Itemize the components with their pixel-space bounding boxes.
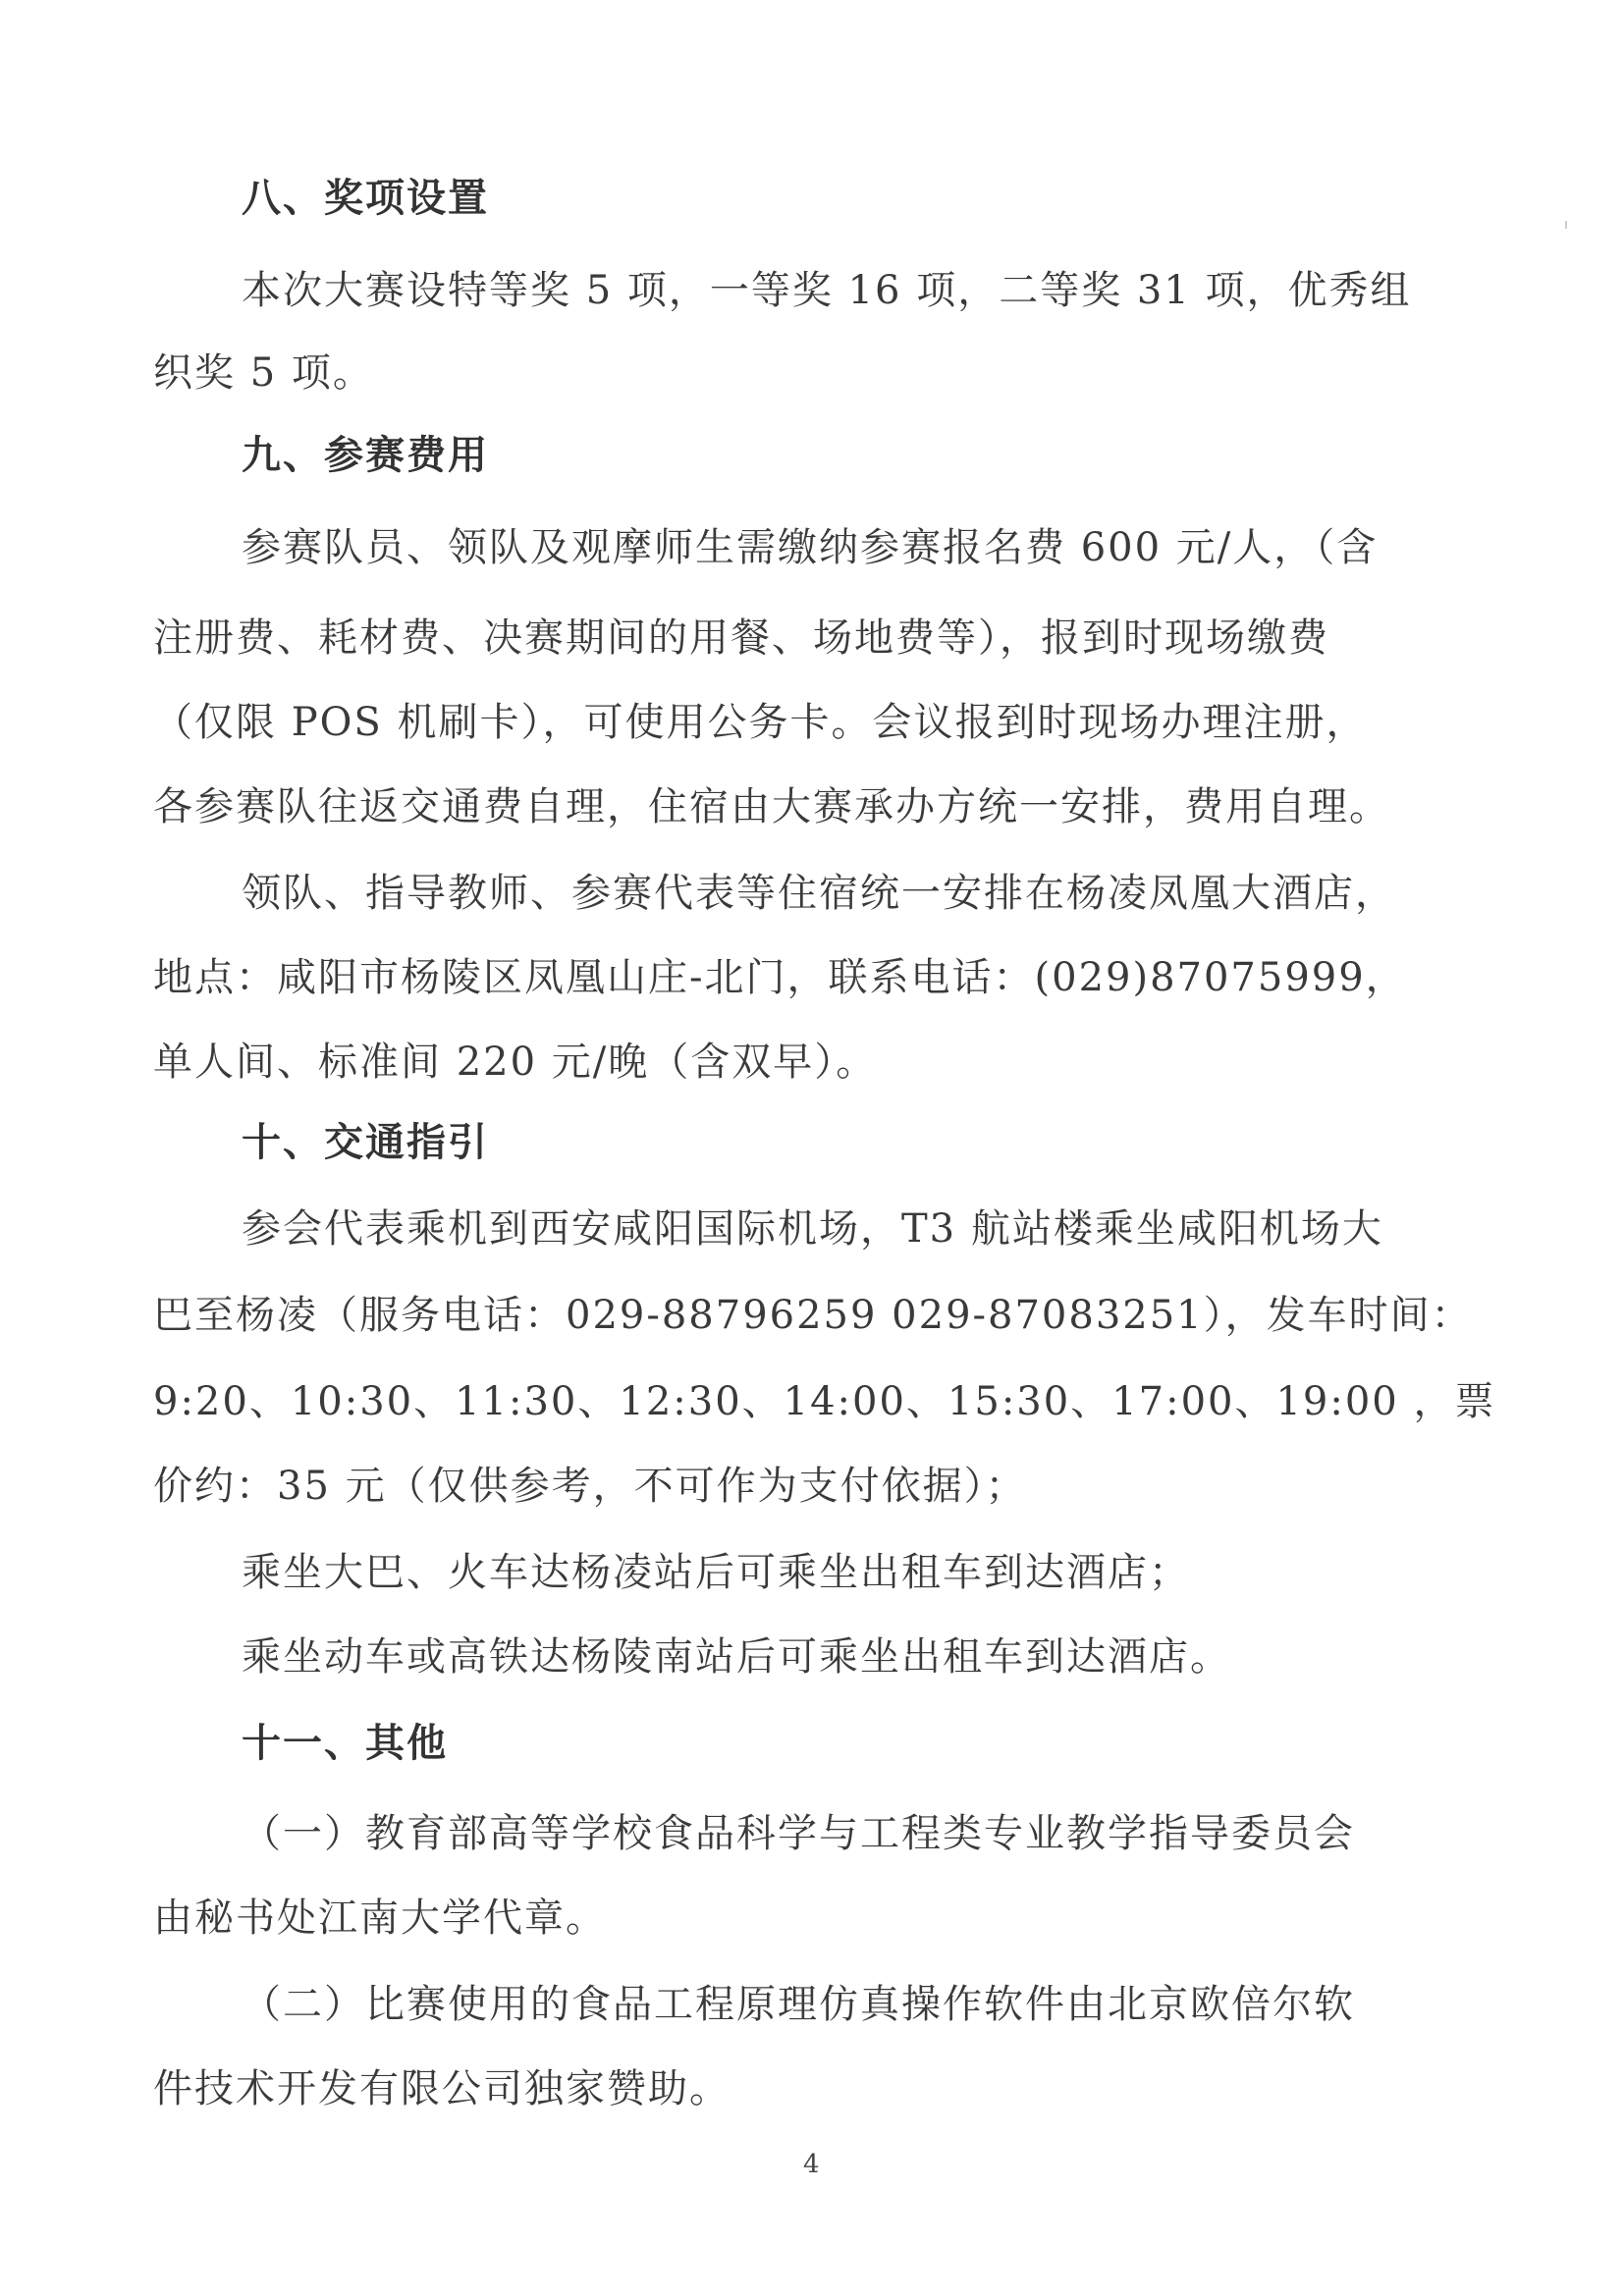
section-heading-other: 十一、其他 xyxy=(242,1720,448,1767)
paragraph-line: 注册费、耗材费、决赛期间的用餐、场地费等），报到时现场缴费 xyxy=(153,614,1329,662)
paragraph-line: 9:20、10:30、11:30、12:30、14:00、15:30、17:00… xyxy=(153,1378,1495,1425)
paragraph-line: 单人间、标准间 220 元/晚（含双早）。 xyxy=(153,1039,877,1086)
page-number: 4 xyxy=(803,2150,820,2179)
paragraph-line: 由秘书处江南大学代章。 xyxy=(153,1895,607,1942)
paragraph-line: 件技术开发有限公司独家赞助。 xyxy=(153,2065,731,2112)
paragraph-line: 参赛队员、领队及观摩师生需缴纳参赛报名费 600 元/人，（含 xyxy=(242,524,1378,571)
paragraph-line: （一）教育部高等学校食品科学与工程类专业教学指导委员会 xyxy=(242,1810,1355,1857)
paragraph-line: 价约：35 元（仅供参考，不可作为支付依据）； xyxy=(153,1463,1027,1510)
paragraph-line: （仅限 POS 机刷卡），可使用公务卡。会议报到时现场办理注册， xyxy=(153,699,1368,746)
paragraph-line: 乘坐动车或高铁达杨陵南站后可乘坐出租车到达酒店。 xyxy=(242,1633,1231,1681)
paragraph-line: 巴至杨凌（服务电话：029-88796259 029-87083251），发车时… xyxy=(153,1292,1473,1339)
paragraph-line: 织奖 5 项。 xyxy=(153,349,374,397)
section-heading-awards: 八、奖项设置 xyxy=(242,175,489,222)
section-heading-fees: 九、参赛费用 xyxy=(242,432,489,479)
paragraph-line: 领队、指导教师、参赛代表等住宿统一安排在杨凌凤凰大酒店， xyxy=(242,870,1396,917)
scan-mark xyxy=(1565,221,1567,229)
paragraph-line: 各参赛队往返交通费自理，住宿由大赛承办方统一安排，费用自理。 xyxy=(153,783,1390,830)
paragraph-line: （二）比赛使用的食品工程原理仿真操作软件由北京欧倍尔软 xyxy=(242,1981,1355,2028)
paragraph-line: 乘坐大巴、火车达杨凌站后可乘坐出租车到达酒店； xyxy=(242,1549,1190,1596)
paragraph-line: 参会代表乘机到西安咸阳国际机场，T3 航站楼乘坐咸阳机场大 xyxy=(242,1205,1383,1253)
paragraph-line: 地点：咸阳市杨陵区凤凰山庄-北门，联系电话：(029)87075999， xyxy=(153,954,1407,1001)
paragraph-line: 本次大赛设特等奖 5 项，一等奖 16 项，二等奖 31 项，优秀组 xyxy=(242,267,1412,314)
section-heading-transport: 十、交通指引 xyxy=(242,1119,489,1166)
document-page: 八、奖项设置 本次大赛设特等奖 5 项，一等奖 16 项，二等奖 31 项，优秀… xyxy=(0,0,1624,2296)
